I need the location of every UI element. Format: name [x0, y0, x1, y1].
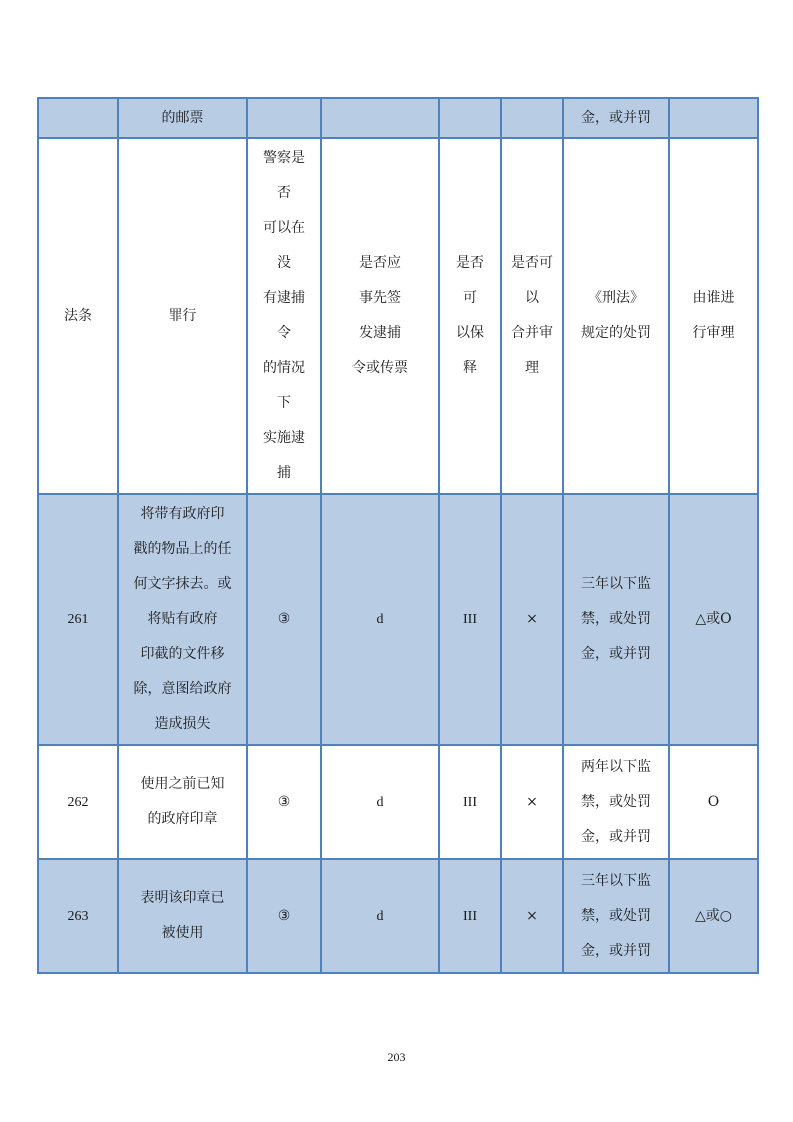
offense-table: 的邮票 金，或并罚 法条 罪行 警察是 否 可以在 没 有逮捕 令 的情况 下 … — [37, 97, 759, 974]
cell-compound: × — [501, 494, 563, 745]
cell-compound: × — [501, 745, 563, 859]
cell-compound — [501, 98, 563, 138]
page-number: 203 — [0, 1050, 793, 1065]
header-bailable: 是否 可 以保 释 — [439, 138, 501, 494]
header-offense: 罪行 — [118, 138, 247, 494]
cell-arrest: ③ — [247, 494, 321, 745]
cell-section: 261 — [38, 494, 118, 745]
cell-offense: 的邮票 — [118, 98, 247, 138]
cell-arrest: ③ — [247, 859, 321, 973]
header-triable-by: 由谁进 行审理 — [669, 138, 758, 494]
header-section: 法条 — [38, 138, 118, 494]
header-penalty: 《刑法》 规定的处罚 — [563, 138, 669, 494]
cell-warrant: d — [321, 494, 439, 745]
cell-warrant: d — [321, 859, 439, 973]
cell-triable: O — [669, 745, 758, 859]
header-compoundable: 是否可 以 合并审 理 — [501, 138, 563, 494]
table-row: 263 表明该印章已 被使用 ③ d III × 三年以下监 禁，或处罚 金，或… — [38, 859, 758, 973]
cell-arrest: ③ — [247, 745, 321, 859]
cell-compound: × — [501, 859, 563, 973]
cell-warrant: d — [321, 745, 439, 859]
cell-penalty: 两年以下监 禁，或处罚 金，或并罚 — [563, 745, 669, 859]
cell-penalty: 金，或并罚 — [563, 98, 669, 138]
cell-bail: III — [439, 745, 501, 859]
header-warrant-or-summons: 是否应 事先签 发逮捕 令或传票 — [321, 138, 439, 494]
cell-section — [38, 98, 118, 138]
cell-triable: △或○ — [669, 859, 758, 973]
continuation-row: 的邮票 金，或并罚 — [38, 98, 758, 138]
header-arrest-without-warrant: 警察是 否 可以在 没 有逮捕 令 的情况 下 实施逮 捕 — [247, 138, 321, 494]
cell-bail: III — [439, 859, 501, 973]
table-row: 261 将带有政府印 戳的物品上的任 何文字抹去。或 将贴有政府 印截的文件移 … — [38, 494, 758, 745]
table-row: 262 使用之前已知 的政府印章 ③ d III × 两年以下监 禁，或处罚 金… — [38, 745, 758, 859]
cell-offense: 表明该印章已 被使用 — [118, 859, 247, 973]
cell-section: 263 — [38, 859, 118, 973]
cell-section: 262 — [38, 745, 118, 859]
cell-offense: 将带有政府印 戳的物品上的任 何文字抹去。或 将贴有政府 印截的文件移 除，意图… — [118, 494, 247, 745]
cell-bail: III — [439, 494, 501, 745]
cell-penalty: 三年以下监 禁，或处罚 金，或并罚 — [563, 859, 669, 973]
cell-triable — [669, 98, 758, 138]
cell-warrant — [321, 98, 439, 138]
cell-bail — [439, 98, 501, 138]
header-row: 法条 罪行 警察是 否 可以在 没 有逮捕 令 的情况 下 实施逮 捕 是否应 … — [38, 138, 758, 494]
cell-triable: △或O — [669, 494, 758, 745]
cell-penalty: 三年以下监 禁，或处罚 金，或并罚 — [563, 494, 669, 745]
cell-arrest — [247, 98, 321, 138]
cell-offense: 使用之前已知 的政府印章 — [118, 745, 247, 859]
